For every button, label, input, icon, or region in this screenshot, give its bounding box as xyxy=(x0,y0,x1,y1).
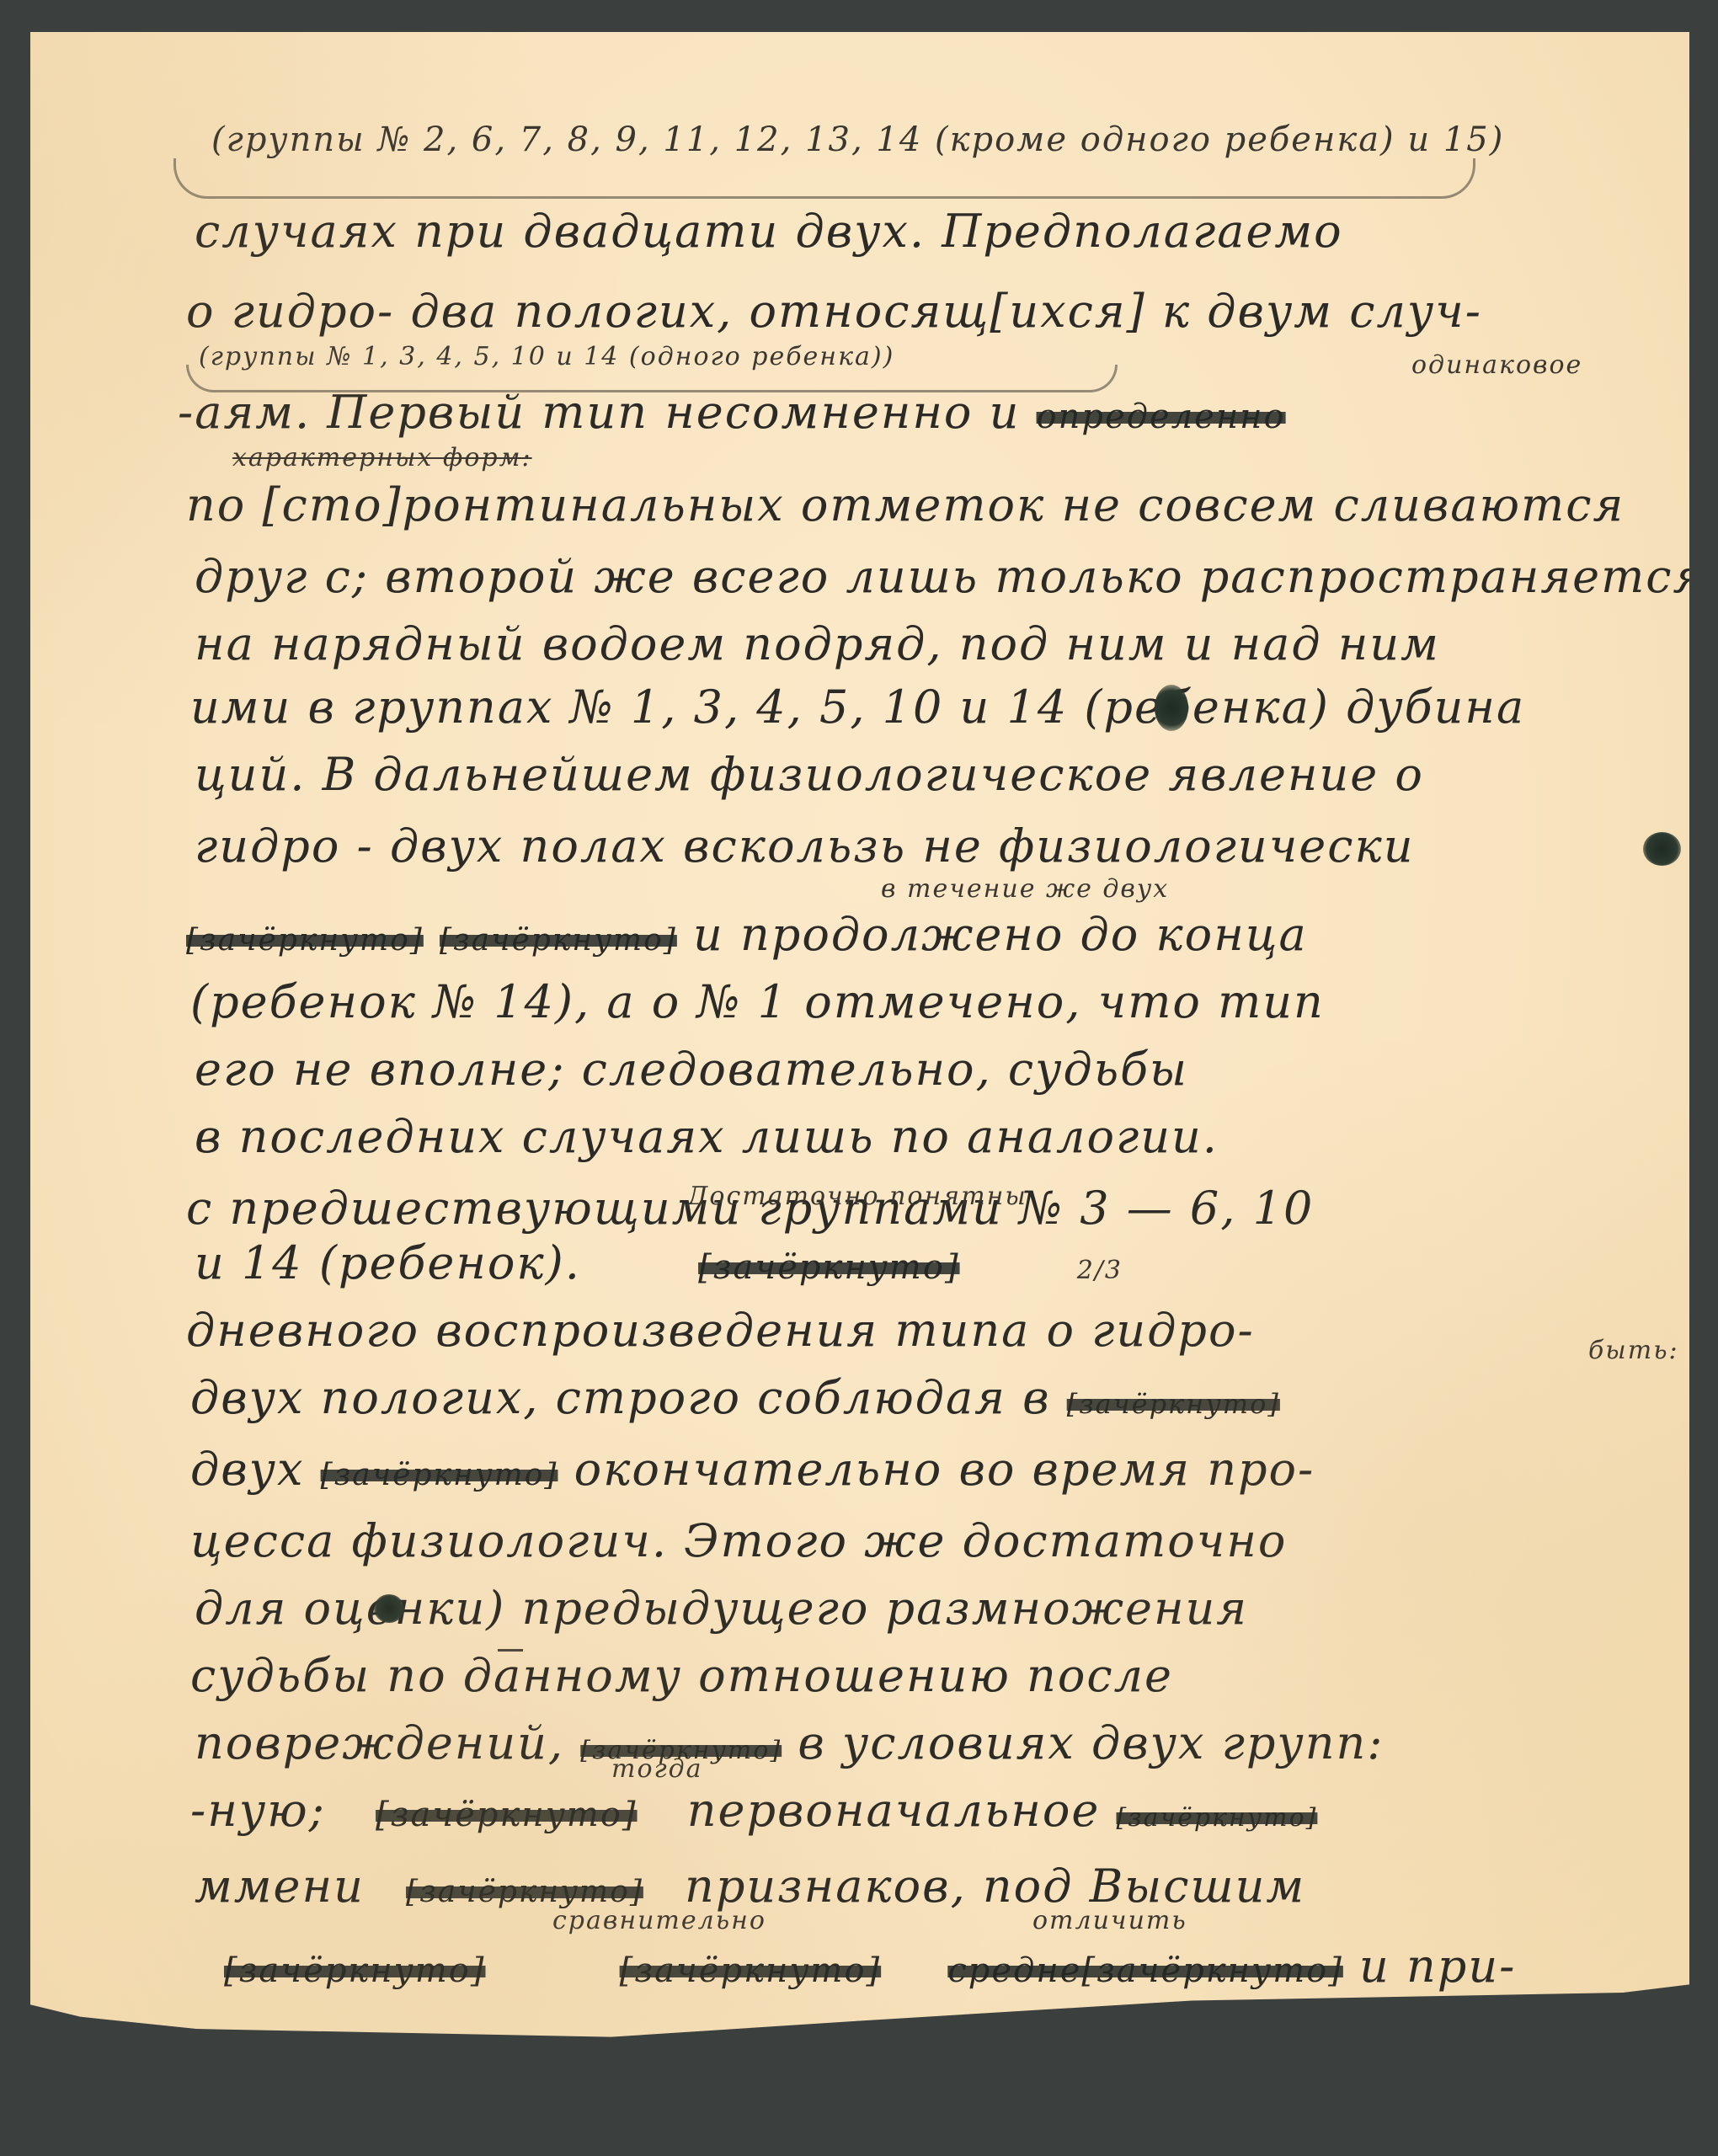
text-line: цесса физиологич. Этого же достаточно xyxy=(190,1514,1287,1567)
line-text: повреждений, xyxy=(195,1716,564,1769)
struck-word: [зачёркнуто] xyxy=(321,1458,558,1492)
margin-note: 2/3 xyxy=(1077,1256,1123,1285)
line-text: -ную; xyxy=(190,1784,326,1837)
text-line: друг с; второй же всего лишь только расп… xyxy=(195,550,1705,603)
text-line: для оценки) предыдущего размножения xyxy=(195,1582,1248,1635)
text-line: -ную; [зачёркнуто] первоначальное [зачёр… xyxy=(190,1784,1317,1837)
text-line: [зачёркнуто] [зачёркнуто] и продолжено д… xyxy=(186,908,1308,961)
struck-word: [зачёркнуто] xyxy=(440,923,677,958)
line-text: в условиях двух групп: xyxy=(798,1716,1384,1769)
header-note: (группы № 2, 6, 7, 8, 9, 11, 12, 13, 14 … xyxy=(211,120,1504,159)
line-text: двух xyxy=(190,1443,304,1496)
margin-continuation: ментив xyxy=(1483,2007,1601,2036)
line-text: -аям. Первый тип несомненно и xyxy=(178,386,1020,439)
interlinear-insert: отличить xyxy=(1032,1906,1187,1935)
text-line: -аям. Первый тип несомненно и определенн… xyxy=(178,386,1286,439)
ink-blot xyxy=(1155,685,1188,731)
text-line: судьбы по данному отношению после xyxy=(190,1649,1173,1702)
interlinear-insert: быть: xyxy=(1588,1336,1679,1365)
text-line: гидро - двух полах вскользь не физиологи… xyxy=(195,819,1415,873)
manuscript-page: (группы № 2, 6, 7, 8, 9, 11, 12, 13, 14 … xyxy=(30,32,1689,2049)
line-text: признаков, под Высшим xyxy=(685,1860,1305,1913)
text-line: двух пологих, строго соблюдая в [зачёркн… xyxy=(190,1371,1280,1424)
line-text: двух пологих, строго соблюдая в xyxy=(190,1371,1051,1424)
line-text: и при- xyxy=(1359,1940,1516,1993)
ink-blot xyxy=(1643,832,1681,866)
bracket-curve xyxy=(173,158,1475,199)
struck-word: [зачёркнуто] xyxy=(381,1875,669,1909)
line-text: окончательно во время про- xyxy=(574,1443,1315,1496)
struck-word: [зачёркнуто] xyxy=(342,1796,670,1834)
text-line: двух [зачёркнуто] окончательно во время … xyxy=(190,1443,1315,1496)
interlinear-insert: одинаковое xyxy=(1411,350,1582,380)
struck-word: [зачёркнуто] xyxy=(157,1951,552,1990)
text-line: ими в группах № 1, 3, 4, 5, 10 и 14 (реб… xyxy=(190,680,1525,734)
struck-word: [зачёркнуто] xyxy=(569,1951,931,1990)
interlinear-insert: тогда xyxy=(611,1754,703,1784)
struck-word: [зачёркнуто] xyxy=(1067,1388,1280,1420)
text-line: случаях при двадцати двух. Предполагаемо xyxy=(195,205,1343,258)
line-text: и 14 (ребенок). xyxy=(195,1236,581,1289)
text-line: (ребенок № 14), а о № 1 отмечено, что ти… xyxy=(190,975,1325,1028)
text-line: ммени [зачёркнуто] признаков, под Высшим xyxy=(195,1860,1305,1913)
text-line: его не вполне; следовательно, судьбы xyxy=(195,1043,1188,1096)
text-line: [зачёркнуто] [зачёркнуто] средне[зачёркн… xyxy=(157,1940,1516,1993)
struck-word: [зачёркнуто] xyxy=(597,1248,1060,1287)
line-text: для оценки) предыдущего размножения xyxy=(195,1582,1248,1635)
text-line: о гидро- два пологих, относящ[ихся] к дв… xyxy=(186,285,1482,338)
text-line: повреждений, [зачёркнуто] в условиях дву… xyxy=(195,1716,1385,1769)
text-line: и 14 (ребенок). [зачёркнуто] 2/3 xyxy=(195,1236,1123,1289)
text-line: ций. В дальнейшем физиологическое явлени… xyxy=(195,748,1424,801)
struck-word: [зачёркнуто] xyxy=(1117,1803,1318,1833)
struck-word: [зачёркнуто] xyxy=(186,923,424,958)
interlinear-insert: в течение же двух xyxy=(881,874,1169,904)
interlinear-insert: сравнительно xyxy=(552,1906,766,1935)
line-text: ммени xyxy=(195,1860,365,1913)
text-line: на нарядный водоем подряд, под ним и над… xyxy=(195,617,1440,670)
interlinear-insert: Достаточно понятны xyxy=(687,1182,1027,1211)
interlinear-insert: характерных форм: xyxy=(232,443,532,472)
text-line: по [сто]ронтинальных отметок не совсем с… xyxy=(186,478,1625,531)
text-line: дневного воспроизведения типа о гидро- xyxy=(186,1304,1255,1357)
ink-blot xyxy=(374,1594,404,1623)
struck-word: средне[зачёркнуто] xyxy=(947,1951,1343,1990)
text-line: в последних случаях лишь по аналогии. xyxy=(195,1110,1219,1163)
struck-word: определенно xyxy=(1037,398,1286,436)
line-text: первоначальное xyxy=(687,1784,1101,1837)
line-text: и продолжено до конца xyxy=(693,908,1308,961)
